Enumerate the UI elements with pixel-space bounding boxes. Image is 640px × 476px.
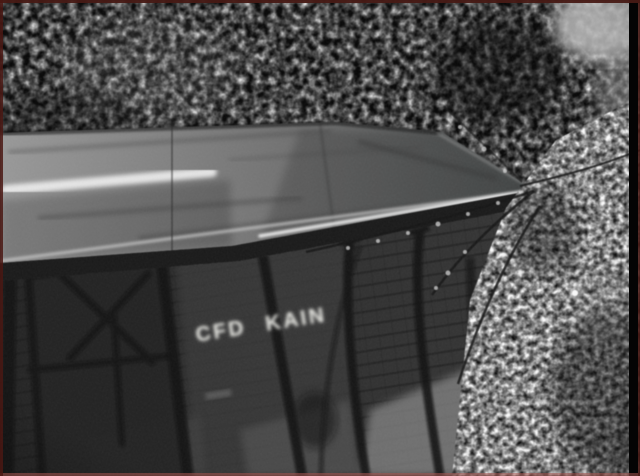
film-still: CFDKAIN [0, 0, 640, 476]
film-grain [0, 0, 640, 476]
photo-scene [0, 0, 640, 476]
